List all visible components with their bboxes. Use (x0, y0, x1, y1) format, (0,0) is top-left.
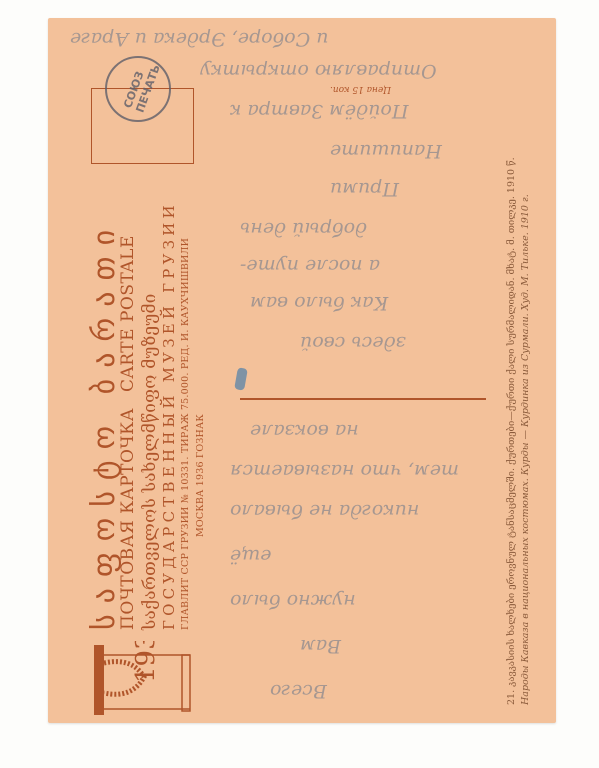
handwritten-line: здесь свой (300, 332, 480, 354)
museum-russian: ГОСУДАРСТВЕННЫЙ МУЗЕЙ ГРУЗИИ (160, 201, 178, 630)
caption-georgian: 21. კავკასიის ხალხები ეროვნულ ტანსაცმელშ… (506, 157, 517, 705)
printer-line: МОСКВА 1936 ГОЗНАК (195, 414, 206, 537)
museum-georgian: საქართველოს სახელმწიფო მუზეუმი (140, 293, 160, 630)
museum-logo-icon: 1930 (92, 641, 194, 717)
handwritten-line: нужно было (230, 590, 460, 612)
title-russian-french: ПОЧТОВАЯ КАРТОЧКА CARTE POSTALE (118, 235, 138, 630)
postmark-text: СОЮЗ ПЕЧАТЬ (121, 56, 164, 115)
handwritten-line: тем, что называется (230, 460, 490, 482)
handwritten-line: и Соборе, Эрдека и Араге (70, 28, 550, 50)
postmark-icon: СОЮЗ ПЕЧАТЬ (105, 56, 171, 122)
handwritten-line: Напишите (330, 140, 510, 162)
publisher-line: ГЛАВЛИТ ССР ГРУЗИИ № 10331. ТИРАЖ 75.000… (180, 238, 191, 630)
handwritten-line: Отправляю открытку (200, 60, 540, 82)
handwritten-line: на вокзале (250, 420, 490, 442)
price-label: Цена 15 коп. (330, 84, 391, 94)
caption-russian: Народы Кавказа в национальных костюмах. … (520, 194, 531, 705)
handwritten-line: а после путе- (240, 255, 470, 277)
handwritten-line: Всего (270, 680, 480, 702)
handwritten-line: Прими (330, 178, 500, 200)
handwritten-line: Пойдём Завтра к (230, 100, 490, 122)
handwritten-line: ещё (230, 545, 450, 567)
svg-text:1930: 1930 (131, 641, 161, 683)
handwritten-line: добрый день (240, 218, 470, 240)
handwritten-line: Вам (300, 635, 480, 657)
handwritten-line: никогда не бывало (230, 500, 480, 522)
title-french: CARTE POSTALE (118, 235, 138, 392)
address-divider (240, 398, 486, 400)
title-russian: ПОЧТОВАЯ КАРТОЧКА (118, 408, 138, 630)
title-georgian: საფოსტო ბარათი (88, 219, 122, 630)
handwritten-line: Как было вам (250, 292, 470, 314)
